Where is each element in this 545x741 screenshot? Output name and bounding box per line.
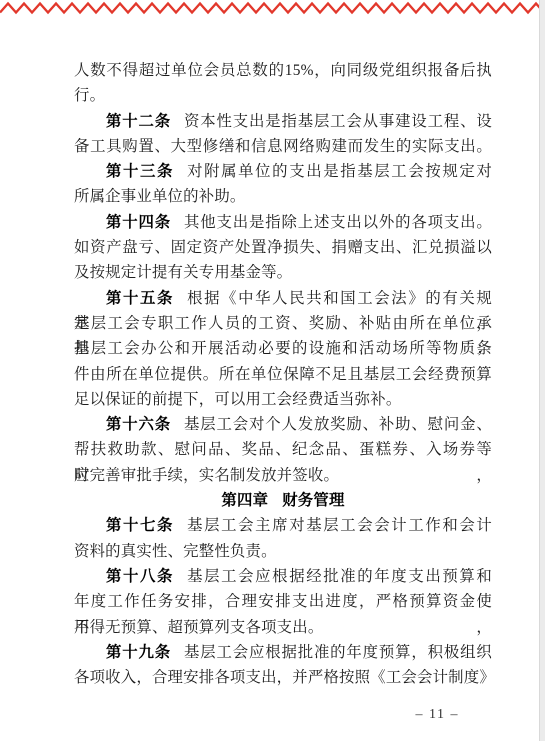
- line-text: 对附属单位的支出是指基层工会按规定对: [187, 163, 492, 180]
- cut-edge-zigzag-icon: [0, 1, 545, 15]
- line-text: 其他支出是指除上述支出以外的各项支出。: [184, 214, 492, 231]
- line-text: 资料的真实性、完整性负责。: [74, 543, 277, 560]
- doc-line: 足以保证的前提下，可以用工会经费适当弥补。: [74, 387, 492, 412]
- doc-line: 所属企事业单位的补助。: [74, 184, 492, 209]
- doc-line: 年度工作任务安排，合理安排支出进度，严格预算资金使用，: [74, 589, 492, 614]
- doc-line: 第十七条基层工会主席对基层工会会计工作和会计: [74, 513, 492, 538]
- line-text: 足以保证的前提下，可以用工会经费适当弥补。: [74, 391, 401, 408]
- chapter-heading: 第四章财务管理: [74, 488, 492, 513]
- doc-line: 及按规定计提有关专用基金等。: [74, 260, 492, 285]
- article-number: 第十七条: [106, 517, 174, 534]
- doc-line: 资料的真实性、完整性负责。: [74, 539, 492, 564]
- doc-line: 第十二条资本性支出是指基层工会从事建设工程、设: [74, 109, 492, 134]
- doc-line: 基层工会办公和开展活动必要的设施和活动场所等物质条: [74, 336, 492, 361]
- line-text: 行。: [74, 87, 105, 104]
- doc-line: 第十六条基层工会对个人发放奖励、补助、慰问金、: [74, 412, 492, 437]
- line-text: 基层工会对个人发放奖励、补助、慰问金、: [184, 416, 492, 433]
- article-number: 第十三条: [106, 163, 174, 180]
- line-text: 如资产盘亏、固定资产处置净损失、捐赠支出、汇兑损溢以: [74, 239, 492, 256]
- doc-line: 如资产盘亏、固定资产处置净损失、捐赠支出、汇兑损溢以: [74, 235, 492, 260]
- doc-line: 帮扶救助款、慰问品、奖品、纪念品、蛋糕券、入场券等时，: [74, 437, 492, 462]
- line-text: 及按规定计提有关专用基金等。: [74, 264, 292, 281]
- line-text: 各项收入，合理安排各项支出，并严格按照《工会会计制度》: [74, 669, 495, 686]
- cut-edge-zigzag-line: [0, 4, 545, 13]
- article-number: 第十九条: [106, 644, 171, 661]
- line-text: 备工具购置、大型修缮和信息网络购建而发生的实际支出。: [74, 138, 492, 155]
- page-number: – 11 –: [416, 707, 459, 723]
- line-text: 应完善审批手续，实名制发放并签收。: [74, 467, 339, 484]
- doc-line: 第十三条对附属单位的支出是指基层工会按规定对: [74, 159, 492, 184]
- line-text: 资本性支出是指基层工会从事建设工程、设: [184, 113, 492, 130]
- chapter-title: 财务管理: [282, 492, 344, 509]
- doc-line: 人数不得超过单位会员总数的15%，向同级党组织报备后执: [74, 58, 492, 83]
- doc-line: 第十八条基层工会应根据经批准的年度支出预算和: [74, 564, 492, 589]
- doc-line: 各项收入，合理安排各项支出，并严格按照《工会会计制度》: [74, 665, 492, 690]
- doc-line: 第十五条根据《中华人民共和国工会法》的有关规定，: [74, 286, 492, 311]
- article-number: 第十八条: [106, 568, 174, 585]
- doc-line: 基层工会专职工作人员的工资、奖励、补贴由所在单位承担；: [74, 311, 492, 336]
- line-text: 所属企事业单位的补助。: [74, 188, 246, 205]
- chapter-number: 第四章: [221, 492, 268, 509]
- line-text: 基层工会办公和开展活动必要的设施和活动场所等物质条: [74, 340, 492, 357]
- document-text-block: 人数不得超过单位会员总数的15%，向同级党组织报备后执 行。 第十二条资本性支出…: [74, 58, 492, 690]
- line-text: 基层工会主席对基层工会会计工作和会计: [187, 517, 492, 534]
- article-number: 第十六条: [106, 416, 171, 433]
- doc-line: 第十九条基层工会应根据批准的年度预算，积极组织: [74, 640, 492, 665]
- document-page: 人数不得超过单位会员总数的15%，向同级党组织报备后执 行。 第十二条资本性支出…: [0, 0, 545, 741]
- line-text: 不得无预算、超预算列支各项支出。: [74, 619, 323, 636]
- doc-line: 行。: [74, 83, 492, 108]
- scan-edge-shadow: [539, 0, 545, 741]
- article-number: 第十二条: [106, 113, 171, 130]
- article-number: 第十五条: [106, 290, 174, 307]
- line-text: 基层工会应根据经批准的年度支出预算和: [187, 568, 492, 585]
- line-text: 件由所在单位提供。所在单位保障不足且基层工会经费预算: [74, 366, 492, 383]
- line-text: 基层工会应根据批准的年度预算，积极组织: [184, 644, 492, 661]
- article-number: 第十四条: [106, 214, 171, 231]
- doc-line: 件由所在单位提供。所在单位保障不足且基层工会经费预算: [74, 362, 492, 387]
- line-text: 人数不得超过单位会员总数的15%，向同级党组织报备后执: [74, 62, 492, 79]
- doc-line: 第十四条其他支出是指除上述支出以外的各项支出。: [74, 210, 492, 235]
- doc-line: 备工具购置、大型修缮和信息网络购建而发生的实际支出。: [74, 134, 492, 159]
